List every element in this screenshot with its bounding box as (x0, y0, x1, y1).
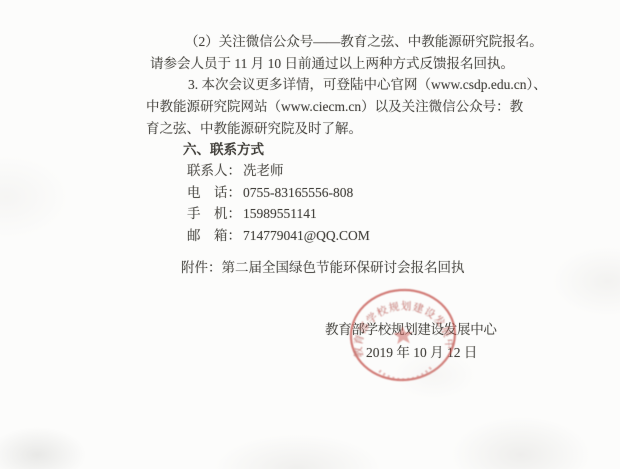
signature-org: 教育部学校规划建设发展中心 (325, 321, 497, 339)
section-heading: 六、联系方式 (183, 141, 264, 159)
body-line: 请参会人员于 11 月 10 日前通过以上两种方式反馈报名回执。 (150, 55, 514, 73)
contact-value: 15989551141 (243, 206, 317, 221)
seal-bottom-marks (379, 367, 432, 381)
body-line: 育之弦、中教能源研究院及时了解。 (146, 120, 362, 138)
contact-label: 电 话： (187, 185, 241, 200)
contact-row: 联系人：冼老师 (187, 162, 284, 180)
contact-row: 电 话：0755-83165556-808 (187, 184, 353, 202)
contact-value: 0755-83165556-808 (243, 185, 353, 200)
contact-label: 手 机： (187, 206, 241, 221)
scanned-document-page: （2）关注微信公众号——教育之弦、中教能源研究院报名。 请参会人员于 11 月 … (0, 0, 620, 469)
signature-date: 2019 年 10 月 12 日 (366, 344, 477, 362)
body-line: （2）关注微信公众号——教育之弦、中教能源研究院报名。 (185, 33, 543, 51)
contact-value: 714779041@QQ.COM (243, 228, 370, 243)
body-line: 3. 本次会议更多详情，可登陆中心官网（www.csdp.edu.cn）、 (188, 76, 547, 94)
contact-value: 冼老师 (243, 163, 284, 178)
contact-row: 邮 箱：714779041@QQ.COM (187, 227, 370, 245)
contact-row: 手 机：15989551141 (187, 205, 317, 223)
contact-label: 邮 箱： (187, 228, 241, 243)
body-line: 中教能源研究院网站（www.ciecm.cn）以及关注微信公众号：教 (146, 98, 523, 116)
attachment-line: 附件：第二届全国绿色节能环保研讨会报名回执 (181, 259, 465, 277)
contact-label: 联系人： (187, 163, 241, 178)
